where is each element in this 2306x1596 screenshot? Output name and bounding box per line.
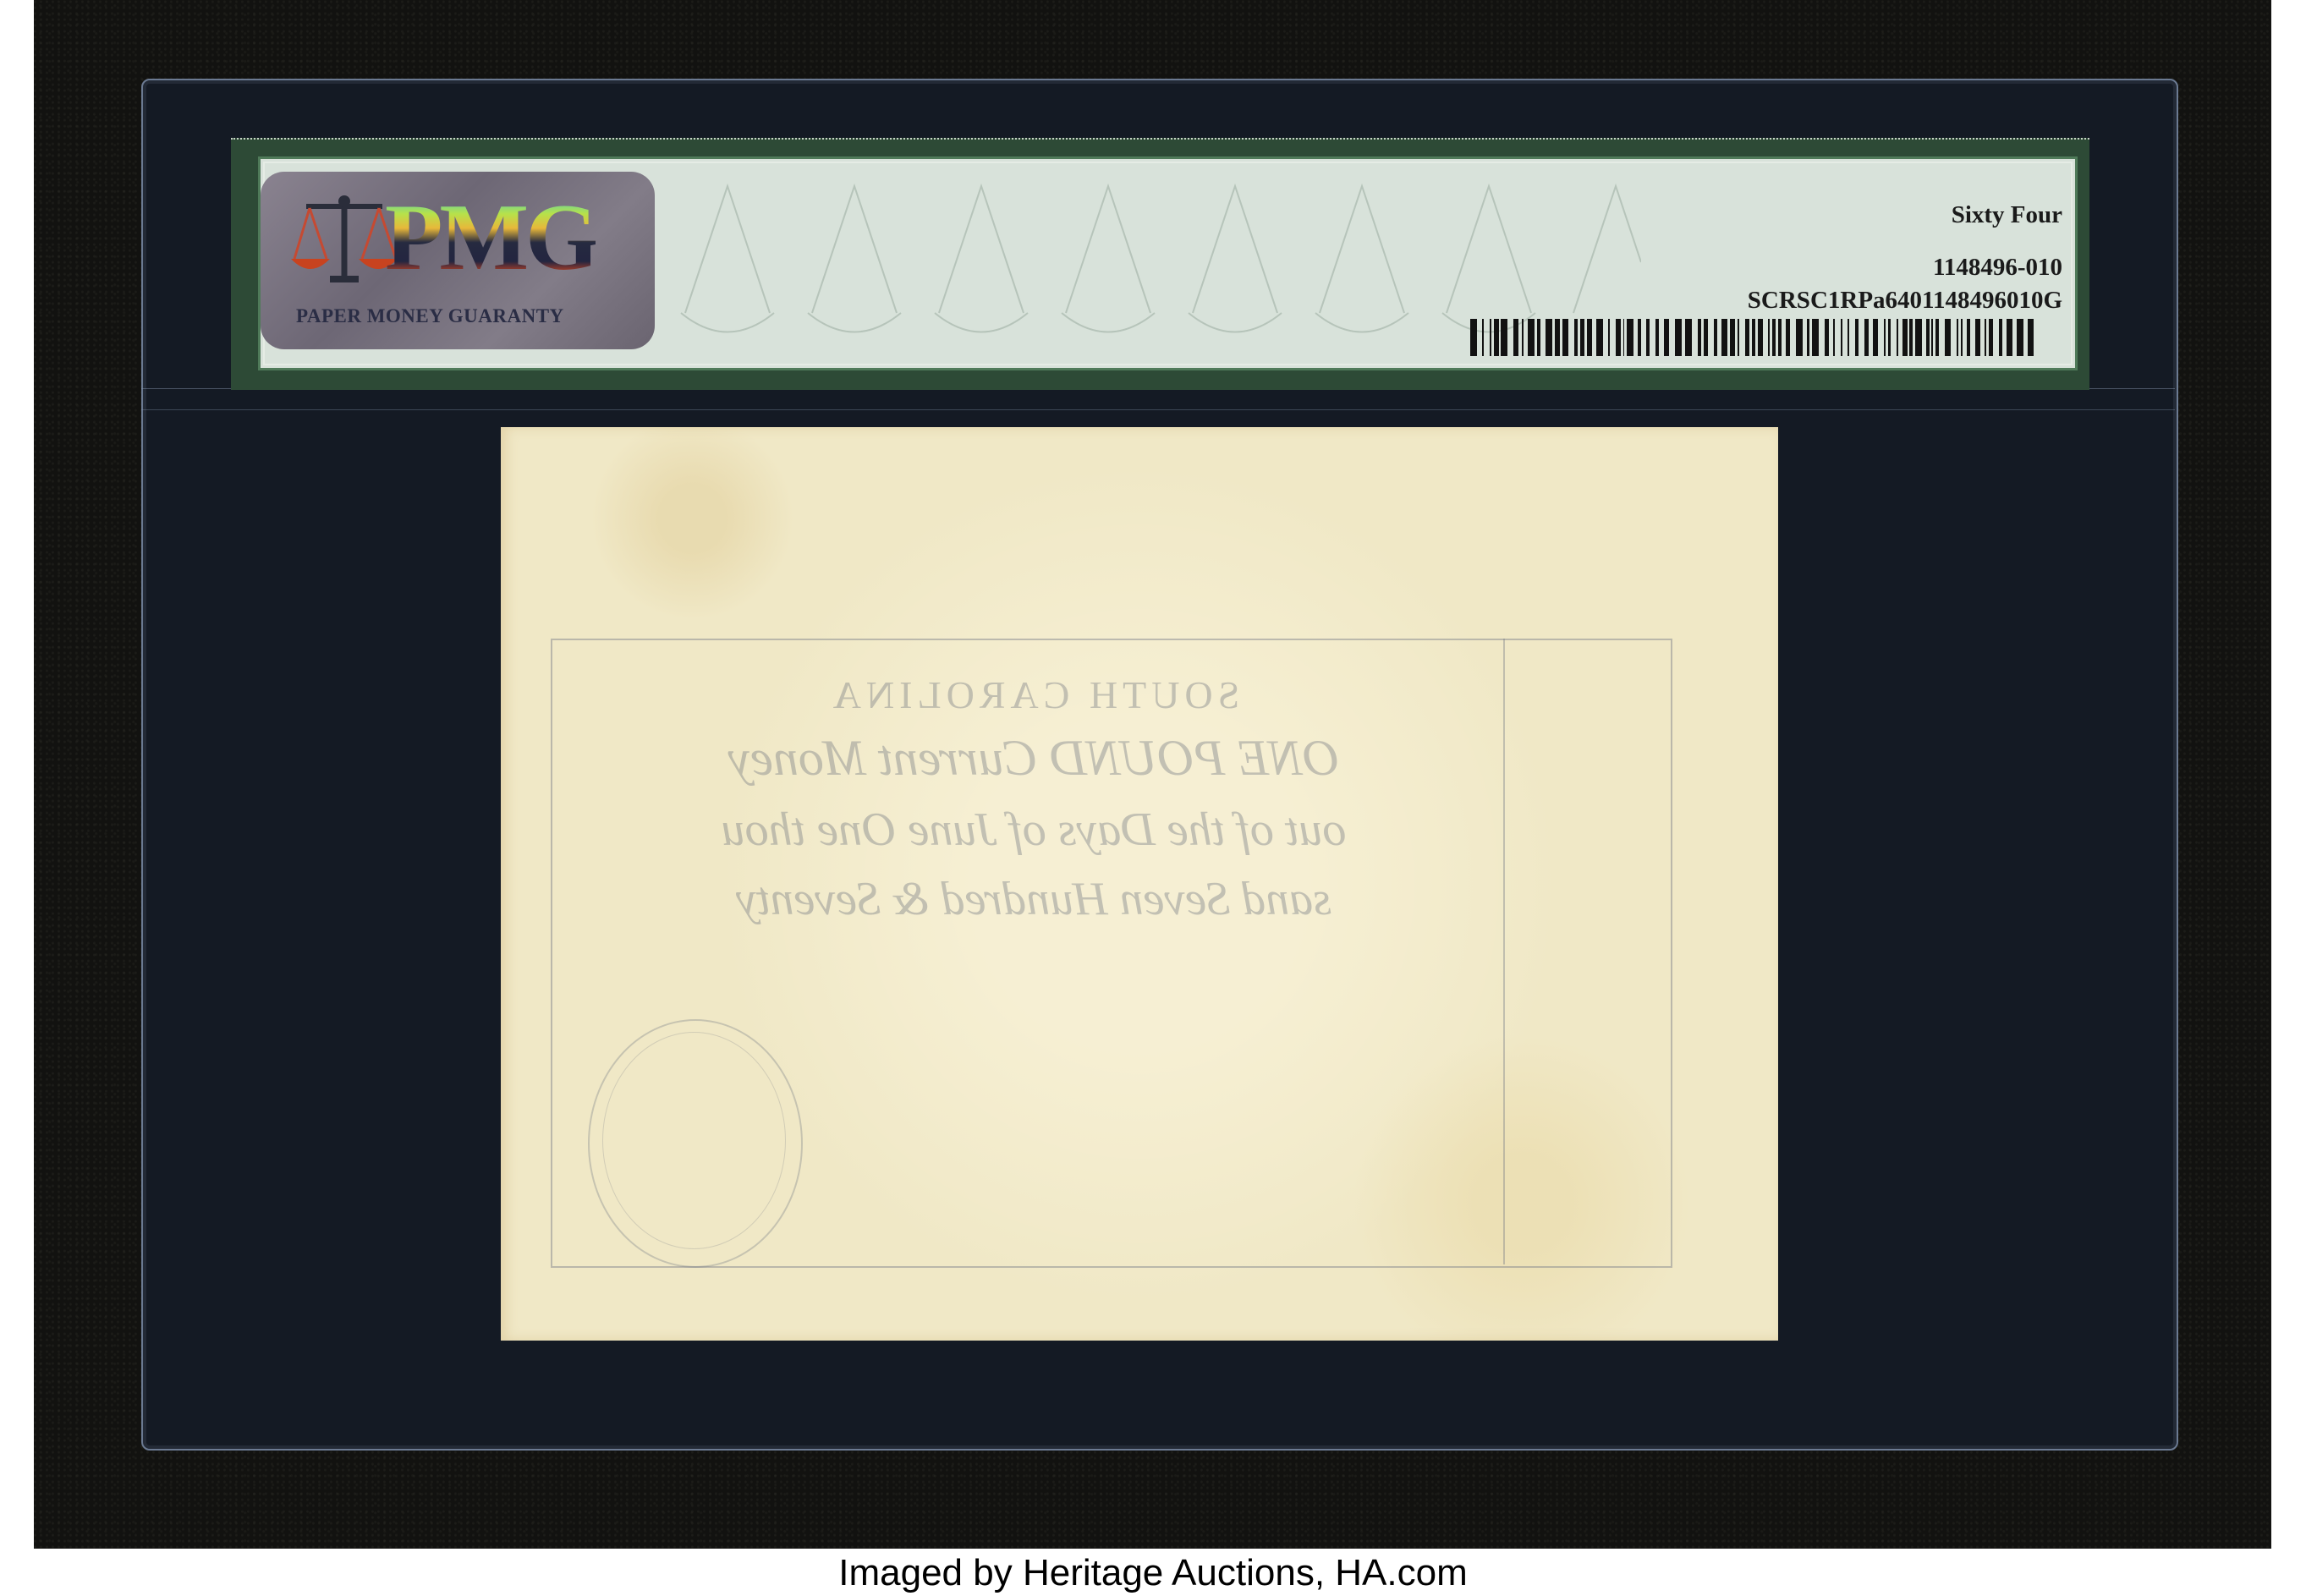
item-code: SCRSC1RPa6401148496010G bbox=[1748, 287, 2062, 315]
showthrough-line-3: out of the Days of June One thou bbox=[568, 803, 1499, 857]
holder-seam bbox=[141, 388, 2175, 410]
showthrough-line-4: sand Seven Hundred & Seventy bbox=[568, 872, 1499, 926]
grade-words: Sixty Four bbox=[1952, 201, 2062, 229]
image-credit-caption: Imaged by Heritage Auctions, HA.com bbox=[0, 1550, 2306, 1596]
scales-icon bbox=[289, 193, 399, 294]
banknote-back: SOUTH CAROLINA ONE POUND Current Money o… bbox=[501, 427, 1778, 1341]
seal-inner-ring bbox=[602, 1032, 786, 1249]
pmg-logo-subtitle: PAPER MONEY GUARANTY bbox=[296, 305, 564, 327]
pmg-logo-text: PMG bbox=[385, 190, 596, 285]
showthrough-line-2: ONE POUND Current Money bbox=[568, 729, 1499, 787]
ornamental-panel-showthrough bbox=[1503, 639, 1671, 1264]
barcode bbox=[1470, 319, 2039, 356]
showthrough-line-1: SOUTH CAROLINA bbox=[568, 672, 1499, 717]
cert-number: 1148496-010 bbox=[1933, 254, 2062, 282]
mirrored-note-text: SOUTH CAROLINA ONE POUND Current Money o… bbox=[568, 672, 1499, 926]
